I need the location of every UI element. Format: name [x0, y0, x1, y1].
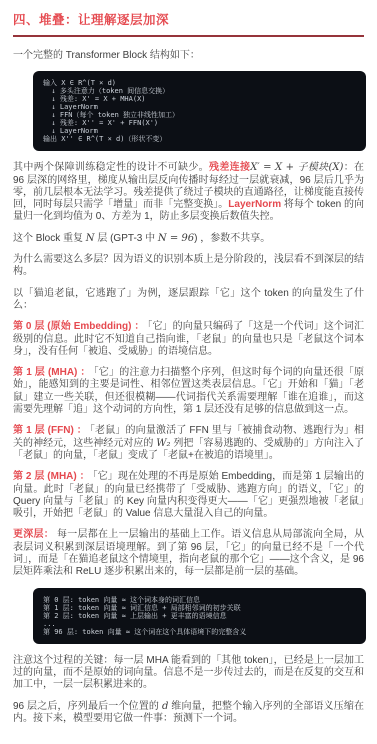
layer0-paragraph: 第 0 层 (原始 Embedding) ：「它」的向量只编码了「这是一个代词」… — [13, 321, 364, 358]
residual-formula: X′ = X + 子模块(X) — [250, 162, 343, 173]
section-title: 四、堆叠：让理解逐层加深 — [13, 10, 364, 28]
code-line: ↓ 残差: X'' = X' + FFN(X') — [43, 119, 356, 127]
layer0-lead: 第 0 层 (原始 Embedding) ： — [13, 321, 144, 332]
layer1-mha-lead: 第 1 层 (MHA) ： — [13, 367, 91, 378]
text-run: 这个 Block 重复 — [13, 233, 86, 244]
code-line: 第 0 层: token 向量 ≈ 这个词本身的词汇信息 — [43, 596, 356, 604]
transformer-block-code: 输入 X ∈ R^(T × d) ↓ 多头注意力（token 间信息交换） ↓ … — [33, 71, 366, 151]
residual-connection-keyword: 残差连接 — [209, 162, 250, 173]
text-run: 层 (GPT-3 中 — [95, 233, 158, 244]
text-run: 96 层之后，序列最后一个位置的 — [13, 701, 162, 712]
stability-paragraph: 其中两个保障训练稳定性的设计不可缺少。残差连接X′ = X + 子模块(X)：在… — [13, 162, 364, 223]
code-line: 第 2 层: token 向量 ≈ 上层输出 + 更丰富的语境信息 — [43, 612, 356, 620]
n-variable: N — [86, 233, 95, 244]
repeat-paragraph: 这个 Block 重复 N 层 (GPT-3 中 N = 96) ，参数不共享。 — [13, 233, 364, 245]
intro-paragraph: 一个完整的 Transformer Block 结构如下： — [13, 50, 364, 62]
layer1-ffn-lead: 第 1 层 (FFN) ： — [13, 425, 87, 436]
layer1-mha-paragraph: 第 1 层 (MHA) ：「它」的注意力扫描整个序列，但这时每个词的向量还很「原… — [13, 367, 364, 416]
layernorm-keyword: LayerNorm — [228, 199, 281, 210]
code-line: 第 1 层: token 向量 ≈ 词汇信息 + 局部相邻词的初步关联 — [43, 604, 356, 612]
layer-summary-code: 第 0 层: token 向量 ≈ 这个词本身的词汇信息第 1 层: token… — [33, 588, 366, 644]
why-paragraph: 为什么需要这么多层？因为语义的识别本质上是分阶段的，浅层看不到深层的结构。 — [13, 254, 364, 279]
n-equals-96: N = 96 — [158, 233, 194, 244]
code-line: ... — [43, 620, 356, 628]
article-body: 四、堆叠：让理解逐层加深 一个完整的 Transformer Block 结构如… — [0, 0, 377, 744]
code-line: 第 96 层: token 向量 ≈ 这个词在这个具体语境下的完整含义 — [43, 628, 356, 636]
layer2-mha-lead: 第 2 层 (MHA) ： — [13, 471, 90, 482]
code-line: 输出 X'' ∈ R^(T × d)（形状不变） — [43, 135, 356, 143]
layer2-mha-paragraph: 第 2 层 (MHA) ：「它」现在处理的不再是原始 Embedding，而是第… — [13, 471, 364, 520]
text-run: 每一层都在上一层输出的基础上工作。语义信息从局部流向全局，从表层词义积累到深层语… — [13, 529, 364, 577]
after-96-paragraph: 96 层之后，序列最后一个位置的 d 维向量，把整个输入序列的全部语义压缩在内。… — [13, 701, 364, 726]
key-point-paragraph: 注意这个过程的关键：每一层 MHA 能看到的「其他 token」，已经是上一层加… — [13, 655, 364, 692]
title-underline — [13, 35, 364, 37]
code-line: ↓ 残差: X' = X + MHA(X) — [43, 95, 356, 103]
layer1-ffn-paragraph: 第 1 层 (FFN) ：「老鼠」的向量激活了 FFN 里与「被捕食动物、逃跑行… — [13, 425, 364, 462]
deeper-paragraph: 更深层：每一层都在上一层输出的基础上工作。语义信息从局部流向全局，从表层词义积累… — [13, 529, 364, 578]
example-paragraph: 以「猫追老鼠，它逃跑了」为例，逐层跟踪「它」这个 token 的向量发生了什么： — [13, 288, 364, 313]
text-run: 其中两个保障训练稳定性的设计不可缺少。 — [13, 162, 209, 173]
text-run: ) ，参数不共享。 — [194, 233, 270, 244]
deeper-lead: 更深层： — [13, 529, 54, 540]
w2-matrix: W₂ — [156, 438, 170, 449]
